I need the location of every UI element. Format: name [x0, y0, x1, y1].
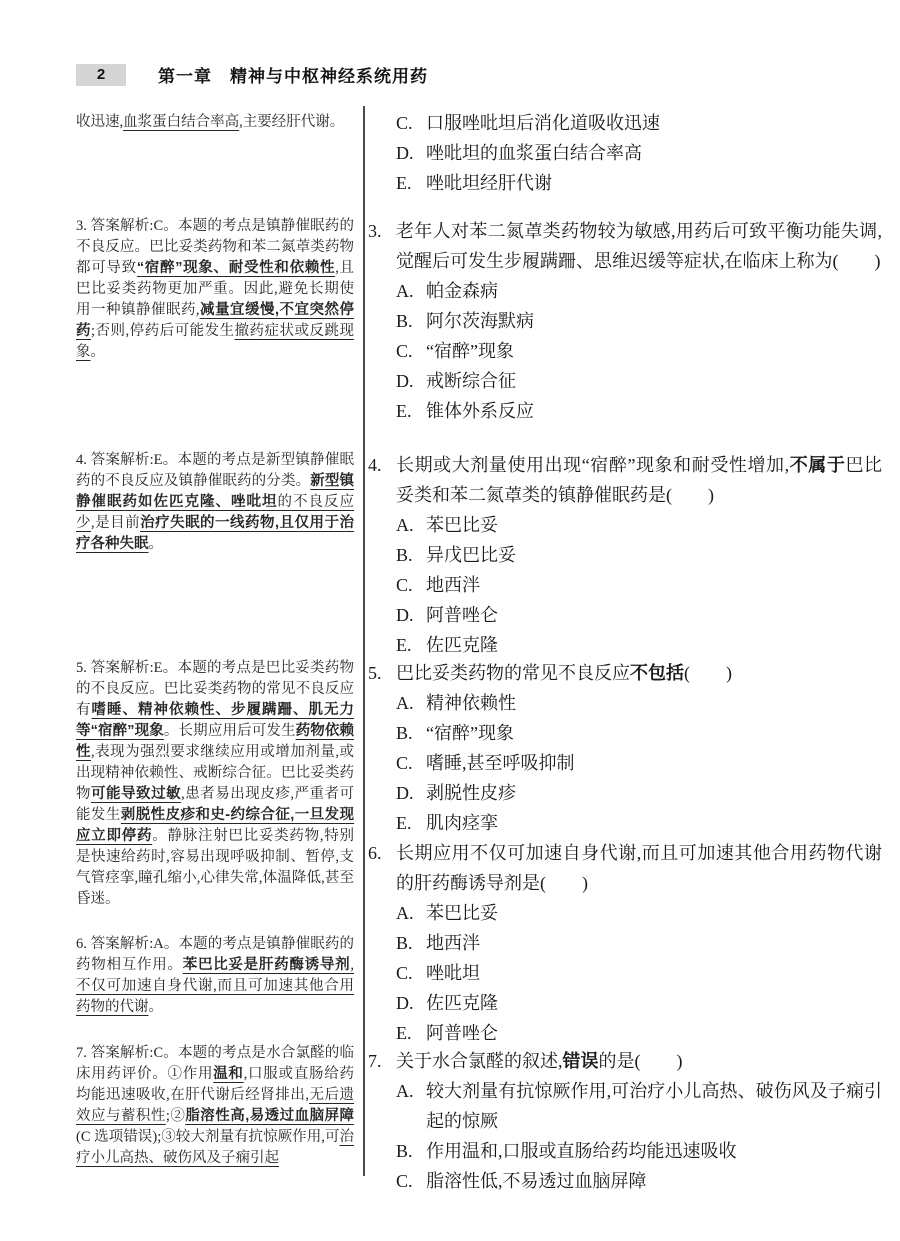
option-label: C. — [396, 570, 426, 600]
option-label: C. — [396, 1166, 426, 1196]
option-label: D. — [396, 138, 426, 168]
option-row: D. 阿普唑仑 — [396, 600, 882, 630]
option-text: 剥脱性皮疹 — [426, 778, 882, 808]
option-text: 佐匹克隆 — [426, 988, 882, 1018]
option-text: 作用温和,口服或直肠给药均能迅速吸收 — [426, 1136, 882, 1166]
answer-analysis-text: 3. 答案解析:C。本题的考点是镇静催眠药的不良反应。巴比妥类药物和苯二氮䓬类药… — [76, 216, 354, 363]
option-label: B. — [396, 718, 426, 748]
option-label: E. — [396, 1018, 426, 1048]
question-3: 3. 老年人对苯二氮䓬类药物较为敏感,用药后可致平衡功能失调,觉醒后可发生步履蹒… — [368, 216, 882, 426]
option-label: A. — [396, 688, 426, 718]
option-text: 佐匹克隆 — [426, 630, 882, 660]
option-label: D. — [396, 366, 426, 396]
option-label: D. — [396, 778, 426, 808]
question-number: 5. — [368, 658, 396, 838]
option-row: C. 口服唑吡坦后消化道吸收迅速 — [396, 108, 882, 138]
option-text: 阿尔茨海默病 — [426, 306, 882, 336]
option-text: 唑吡坦 — [426, 958, 882, 988]
option-row: E. 佐匹克隆 — [396, 630, 882, 660]
question-stem: 关于水合氯醛的叙述,错误的是( ) — [396, 1046, 882, 1076]
option-text: 肌肉痉挛 — [426, 808, 882, 838]
question-number: 4. — [368, 450, 396, 660]
option-label: A. — [396, 1076, 426, 1136]
option-row: C. 嗜睡,甚至呼吸抑制 — [396, 748, 882, 778]
page-number-badge: 2 — [76, 64, 126, 86]
question-number: 7. — [368, 1046, 396, 1196]
answer-analysis-text: 7. 答案解析:C。本题的考点是水合氯醛的临床用药评价。①作用温和,口服或直肠给… — [76, 1043, 354, 1169]
textbook-page: 2 第一章 精神与中枢神经系统用药 收迅速,血浆蛋白结合率高,主要经肝代谢。 3… — [0, 0, 900, 1241]
option-text: 脂溶性低,不易透过血脑屏障 — [426, 1166, 882, 1196]
option-row: E. 阿普唑仑 — [396, 1018, 882, 1048]
question-2-carryover-options: C. 口服唑吡坦后消化道吸收迅速 D. 唑吡坦的血浆蛋白结合率高 E. 唑吡坦经… — [396, 108, 882, 198]
option-text: 地西泮 — [426, 928, 882, 958]
option-text: 阿普唑仑 — [426, 1018, 882, 1048]
option-label: E. — [396, 808, 426, 838]
answer-analysis-text: 6. 答案解析:A。本题的考点是镇静催眠药的药物相互作用。苯巴比妥是肝药酶诱导剂… — [76, 934, 354, 1018]
column-divider — [363, 106, 365, 1176]
option-label: A. — [396, 898, 426, 928]
option-row: D. 佐匹克隆 — [396, 988, 882, 1018]
option-text: 苯巴比妥 — [426, 510, 882, 540]
option-row: C. 脂溶性低,不易透过血脑屏障 — [396, 1166, 882, 1196]
question-5: 5. 巴比妥类药物的常见不良反应不包括( ) A. 精神依赖性 B. “宿醉”现… — [368, 658, 882, 838]
answer-analysis-7: 7. 答案解析:C。本题的考点是水合氯醛的临床用药评价。①作用温和,口服或直肠给… — [76, 1043, 354, 1169]
page-header: 2 第一章 精神与中枢神经系统用药 — [76, 62, 428, 87]
option-label: B. — [396, 928, 426, 958]
question-stem: 长期或大剂量使用出现“宿醉”现象和耐受性增加,不属于巴比妥类和苯二氮䓬类的镇静催… — [396, 450, 882, 510]
option-row: E. 唑吡坦经肝代谢 — [396, 168, 882, 198]
question-stem: 巴比妥类药物的常见不良反应不包括( ) — [396, 658, 882, 688]
option-label: C. — [396, 108, 426, 138]
option-label: B. — [396, 540, 426, 570]
option-label: A. — [396, 510, 426, 540]
option-text: 锥体外系反应 — [426, 396, 882, 426]
option-row: C. 唑吡坦 — [396, 958, 882, 988]
option-label: E. — [396, 396, 426, 426]
option-label: A. — [396, 276, 426, 306]
option-text: 地西泮 — [426, 570, 882, 600]
answer-analysis-5: 5. 答案解析:E。本题的考点是巴比妥类药物的不良反应。巴比妥类药物的常见不良反… — [76, 658, 354, 910]
option-text: 精神依赖性 — [426, 688, 882, 718]
option-row: D. 戒断综合征 — [396, 366, 882, 396]
option-row: A. 精神依赖性 — [396, 688, 882, 718]
option-row: A. 苯巴比妥 — [396, 510, 882, 540]
option-text: 唑吡坦的血浆蛋白结合率高 — [426, 138, 882, 168]
option-text: 异戊巴比妥 — [426, 540, 882, 570]
option-text: 阿普唑仑 — [426, 600, 882, 630]
option-label: B. — [396, 1136, 426, 1166]
option-label: C. — [396, 958, 426, 988]
option-text: 嗜睡,甚至呼吸抑制 — [426, 748, 882, 778]
option-label: D. — [396, 988, 426, 1018]
question-7: 7. 关于水合氯醛的叙述,错误的是( ) A. 较大剂量有抗惊厥作用,可治疗小儿… — [368, 1046, 882, 1196]
option-row: E. 锥体外系反应 — [396, 396, 882, 426]
option-row: E. 肌肉痉挛 — [396, 808, 882, 838]
answer-continuation: 收迅速,血浆蛋白结合率高,主要经肝代谢。 — [76, 112, 354, 133]
option-row: B. 阿尔茨海默病 — [396, 306, 882, 336]
option-row: A. 苯巴比妥 — [396, 898, 882, 928]
option-label: B. — [396, 306, 426, 336]
option-label: D. — [396, 600, 426, 630]
question-stem: 长期应用不仅可加速自身代谢,而且可加速其他合用药物代谢的肝药酶诱导剂是( ) — [396, 838, 882, 898]
question-4: 4. 长期或大剂量使用出现“宿醉”现象和耐受性增加,不属于巴比妥类和苯二氮䓬类的… — [368, 450, 882, 660]
option-row: D. 唑吡坦的血浆蛋白结合率高 — [396, 138, 882, 168]
option-row: D. 剥脱性皮疹 — [396, 778, 882, 808]
answer-continuation-text: 收迅速,血浆蛋白结合率高,主要经肝代谢。 — [76, 112, 354, 133]
question-number: 6. — [368, 838, 396, 1048]
answer-analysis-4: 4. 答案解析:E。本题的考点是新型镇静催眠药的不良反应及镇静催眠药的分类。新型… — [76, 450, 354, 555]
option-label: C. — [396, 748, 426, 778]
option-text: 唑吡坦经肝代谢 — [426, 168, 882, 198]
option-row: B. 作用温和,口服或直肠给药均能迅速吸收 — [396, 1136, 882, 1166]
option-label: E. — [396, 168, 426, 198]
option-row: B. “宿醉”现象 — [396, 718, 882, 748]
option-row: A. 帕金森病 — [396, 276, 882, 306]
option-row: C. “宿醉”现象 — [396, 336, 882, 366]
option-text: 口服唑吡坦后消化道吸收迅速 — [426, 108, 882, 138]
option-text: 戒断综合征 — [426, 366, 882, 396]
answer-analysis-3: 3. 答案解析:C。本题的考点是镇静催眠药的不良反应。巴比妥类药物和苯二氮䓬类药… — [76, 216, 354, 363]
chapter-title: 第一章 精神与中枢神经系统用药 — [158, 62, 428, 87]
question-number: 3. — [368, 216, 396, 426]
option-label: E. — [396, 630, 426, 660]
option-label: C. — [396, 336, 426, 366]
option-row: B. 地西泮 — [396, 928, 882, 958]
question-6: 6. 长期应用不仅可加速自身代谢,而且可加速其他合用药物代谢的肝药酶诱导剂是( … — [368, 838, 882, 1048]
option-text: 苯巴比妥 — [426, 898, 882, 928]
page-number: 2 — [97, 66, 105, 83]
option-row: B. 异戊巴比妥 — [396, 540, 882, 570]
option-text: 帕金森病 — [426, 276, 882, 306]
option-text: “宿醉”现象 — [426, 718, 882, 748]
answer-analysis-6: 6. 答案解析:A。本题的考点是镇静催眠药的药物相互作用。苯巴比妥是肝药酶诱导剂… — [76, 934, 354, 1018]
option-text: 较大剂量有抗惊厥作用,可治疗小儿高热、破伤风及子痫引起的惊厥 — [426, 1076, 882, 1136]
option-row: A. 较大剂量有抗惊厥作用,可治疗小儿高热、破伤风及子痫引起的惊厥 — [396, 1076, 882, 1136]
option-text: “宿醉”现象 — [426, 336, 882, 366]
answer-analysis-text: 5. 答案解析:E。本题的考点是巴比妥类药物的不良反应。巴比妥类药物的常见不良反… — [76, 658, 354, 910]
answer-analysis-text: 4. 答案解析:E。本题的考点是新型镇静催眠药的不良反应及镇静催眠药的分类。新型… — [76, 450, 354, 555]
question-stem: 老年人对苯二氮䓬类药物较为敏感,用药后可致平衡功能失调,觉醒后可发生步履蹒跚、思… — [396, 216, 882, 276]
option-row: C. 地西泮 — [396, 570, 882, 600]
